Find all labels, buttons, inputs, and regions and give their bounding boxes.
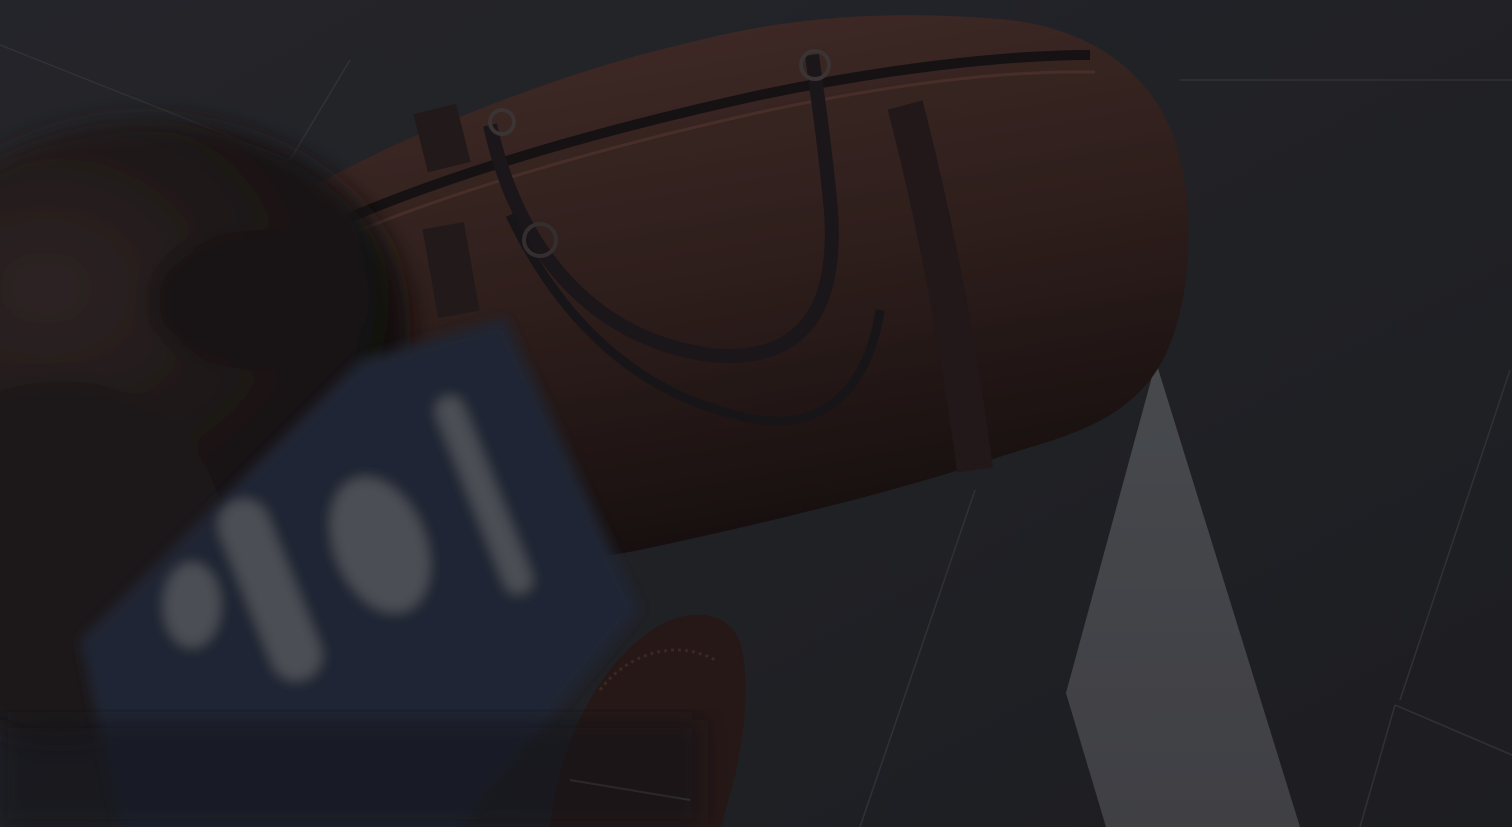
hero-banner — [0, 0, 1512, 827]
hero-background-photo — [0, 0, 1512, 827]
